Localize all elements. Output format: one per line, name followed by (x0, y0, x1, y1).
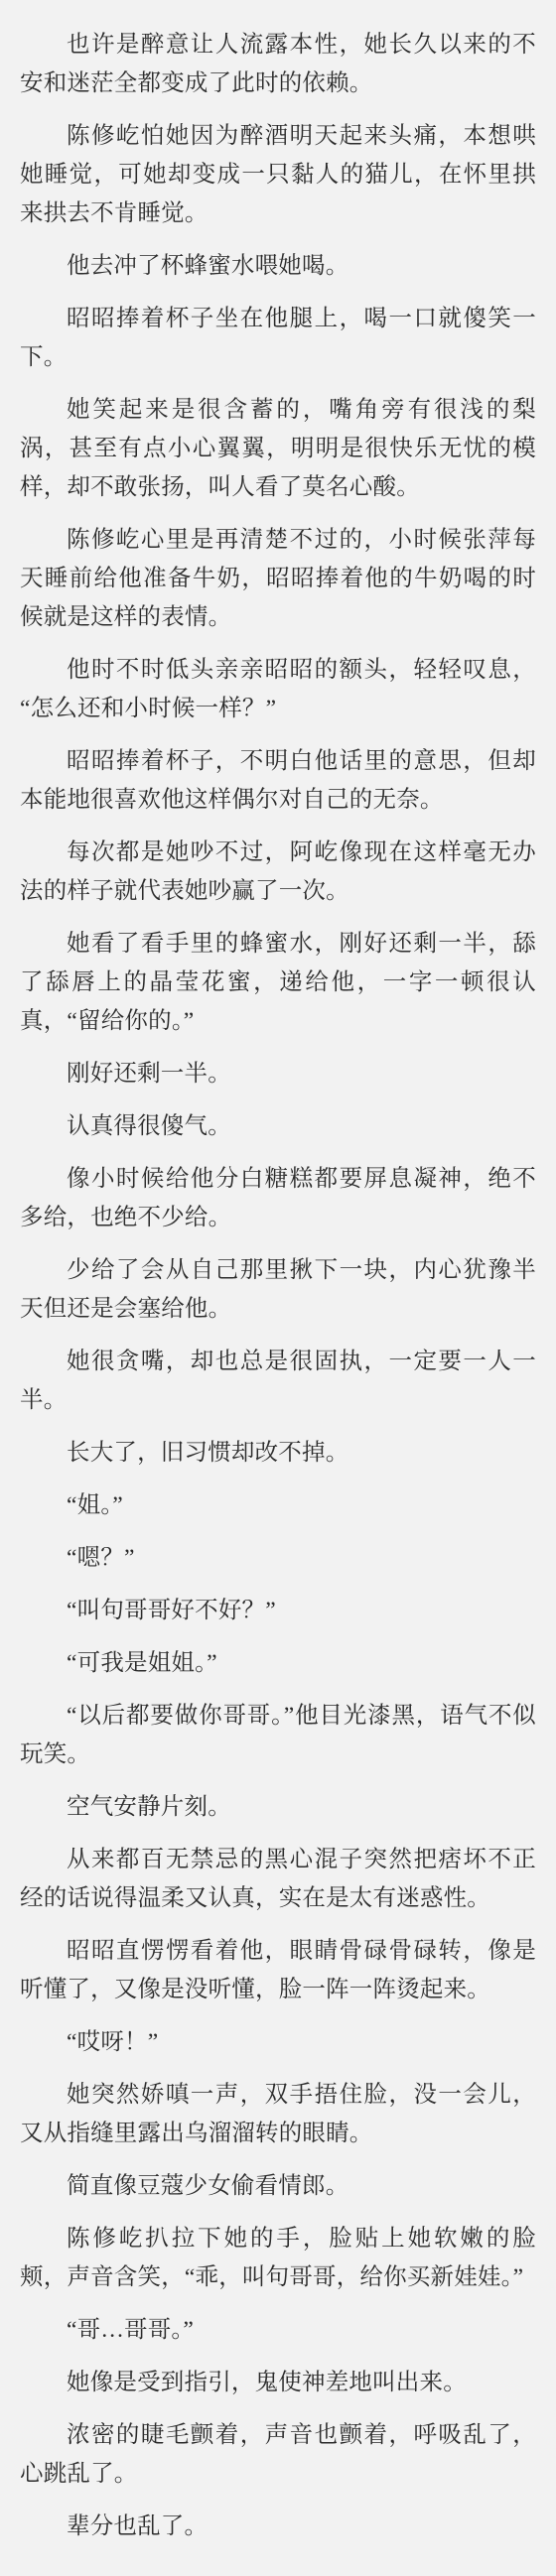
reader-page[interactable]: 也许是醉意让人流露本性，她长久以来的不安和迷茫全都变成了此时的依赖。陈修屹怕她因… (0, 0, 556, 2576)
paragraph: 每次都是她吵不过，阿屹像现在这样毫无办法的样子就代表她吵赢了一次。 (20, 834, 536, 911)
paragraph: “哎呀！” (20, 2023, 536, 2062)
paragraph: 她笑起来是很含蓄的，嘴角旁有很浅的梨涡，甚至有点小心翼翼，明明是很快乐无忧的模样… (20, 391, 536, 507)
paragraph: 昭昭捧着杯子，不明白他话里的意思，但却本能地很喜欢他这样偶尔对自己的无奈。 (20, 742, 536, 820)
paragraph: 像小时候给他分白糖糕都要屏息凝神，绝不多给，也绝不少给。 (20, 1160, 536, 1237)
paragraph: 她突然娇嗔一声，双手捂住脸，没一会儿，又从指缝里露出乌溜溜转的眼睛。 (20, 2076, 536, 2153)
paragraph: “哥…哥哥。” (20, 2311, 536, 2350)
paragraph: 她看了看手里的蜂蜜水，刚好还剩一半，舔了舔唇上的晶莹花蜜，递给他，一字一顿很认真… (20, 925, 536, 1041)
paragraph: 陈修屹心里是再清楚不过的，小时候张萍每天睡前给他准备牛奶，昭昭捧着他的牛奶喝的时… (20, 521, 536, 637)
paragraph: 长大了，旧习惯却改不掉。 (20, 1434, 536, 1473)
paragraph: 她像是受到指引，鬼使神差地叫出来。 (20, 2364, 536, 2402)
paragraph: 浓密的睫毛颤着，声音也颤着，呼吸乱了，心跳乱了。 (20, 2416, 536, 2494)
paragraph: 他时不时低头亲亲昭昭的额头，轻轻叹息，“怎么还和小时候一样？” (20, 651, 536, 728)
paragraph: “可我是姐姐。” (20, 1644, 536, 1683)
paragraph: 辈分也乱了。 (20, 2508, 536, 2546)
paragraph: 空气安静片刻。 (20, 1788, 536, 1827)
novel-text-content: 也许是醉意让人流露本性，她长久以来的不安和迷茫全都变成了此时的依赖。陈修屹怕她因… (20, 26, 536, 2546)
paragraph: “以后都要做你哥哥。”他目光漆黑，语气不似玩笑。 (20, 1697, 536, 1774)
paragraph: “姐。” (20, 1486, 536, 1525)
paragraph: 少给了会从自己那里揪下一块，内心犹豫半天但还是会塞给他。 (20, 1251, 536, 1329)
paragraph: 昭昭捧着杯子坐在他腿上，喝一口就傻笑一下。 (20, 300, 536, 377)
paragraph: 从来都百无禁忌的黑心混子突然把痞坏不正经的话说得温柔又认真，实在是太有迷惑性。 (20, 1841, 536, 1918)
paragraph: “嗯？” (20, 1539, 536, 1578)
paragraph: 陈修屹扒拉下她的手，脸贴上她软嫩的脸颊，声音含笑，“乖，叫句哥哥，给你买新娃娃。… (20, 2220, 536, 2297)
paragraph: 也许是醉意让人流露本性，她长久以来的不安和迷茫全都变成了此时的依赖。 (20, 26, 536, 103)
paragraph: 陈修屹怕她因为醉酒明天起来头痛，本想哄她睡觉，可她却变成一只黏人的猫儿，在怀里拱… (20, 117, 536, 233)
paragraph: 她很贪嘴，却也总是很固执，一定要一人一半。 (20, 1343, 536, 1420)
paragraph: 简直像豆蔻少女偷看情郎。 (20, 2167, 536, 2206)
paragraph: 认真得很傻气。 (20, 1107, 536, 1146)
paragraph: 刚好还剩一半。 (20, 1055, 536, 1094)
paragraph: “叫句哥哥好不好？” (20, 1592, 536, 1630)
paragraph: 他去冲了杯蜂蜜水喂她喝。 (20, 247, 536, 286)
paragraph: 昭昭直愣愣看着他，眼睛骨碌骨碌转，像是听懂了，又像是没听懂，脸一阵一阵烫起来。 (20, 1932, 536, 2009)
